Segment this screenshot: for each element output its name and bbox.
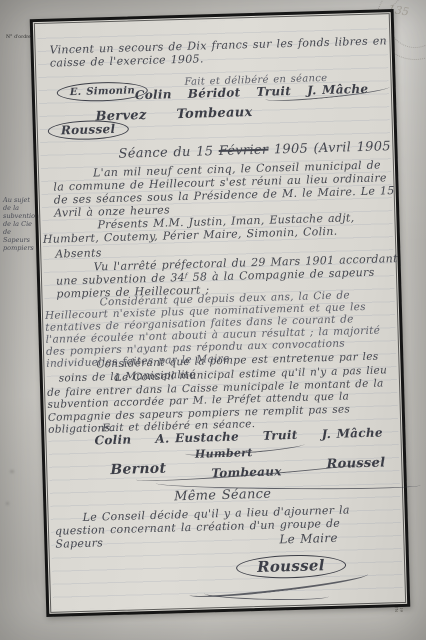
page-sheet: Vincent un secours de Dix francs sur les… xyxy=(30,9,411,617)
paper-blemish xyxy=(10,470,14,473)
paper-blemish xyxy=(6,502,9,505)
signature: Tombeaux xyxy=(176,106,252,121)
session-opening-paragraph: L'an mil neuf cent cinq, le Conseil muni… xyxy=(53,158,396,220)
signature: J. Mâche xyxy=(321,427,383,442)
scanned-register-page: N° d'ordre. Au sujet de la subvention de… xyxy=(0,0,426,640)
signature: A. Eustache xyxy=(155,431,239,446)
signature: Colin xyxy=(94,434,131,448)
mayor-signoff-label: Le Maire xyxy=(279,532,338,547)
absents-line: Absents xyxy=(55,246,102,260)
signature: Colin xyxy=(135,88,172,102)
same-session-heading: Même Séance xyxy=(174,488,271,504)
heading-prefix: Séance du 15 xyxy=(118,144,219,162)
signature: Truit xyxy=(263,429,298,443)
order-number-label: N° d'ordre. xyxy=(6,34,32,40)
signature: Béridot xyxy=(188,86,241,100)
margin-side-note: Au sujet de la subvention de la Cie de S… xyxy=(3,196,37,252)
struck-word: Février xyxy=(219,143,269,159)
